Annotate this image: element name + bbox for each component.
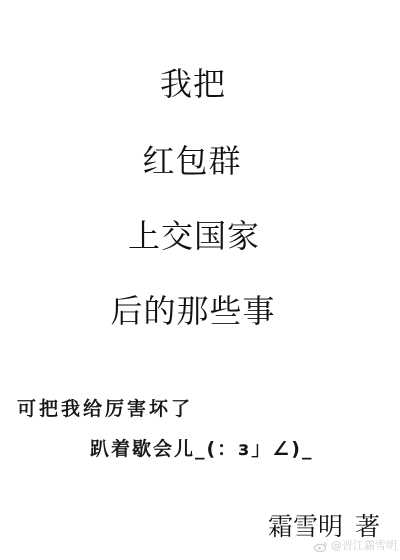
author-credit: 霜雪明著 [268, 512, 380, 542]
title-line-1: 我把 [0, 66, 393, 102]
title-line-4: 后的那些事 [0, 293, 393, 329]
author-mark: 著 [355, 512, 380, 541]
book-cover: 我把 红包群 上交国家 后的那些事 可把我给厉害坏了 趴着歇会儿_(：з」∠)_… [0, 0, 400, 560]
weibo-icon [314, 541, 328, 552]
watermark-text: @晋江霜雪明 [331, 539, 397, 553]
subtitle-line-1: 可把我给厉害坏了 [17, 398, 193, 420]
title-line-3: 上交国家 [0, 218, 394, 254]
author-name: 霜雪明 [268, 512, 343, 541]
watermark: @晋江霜雪明 [314, 539, 397, 553]
title-line-2: 红包群 [0, 143, 392, 179]
subtitle-line-2: 趴着歇会儿_(：з」∠)_ [90, 438, 313, 460]
